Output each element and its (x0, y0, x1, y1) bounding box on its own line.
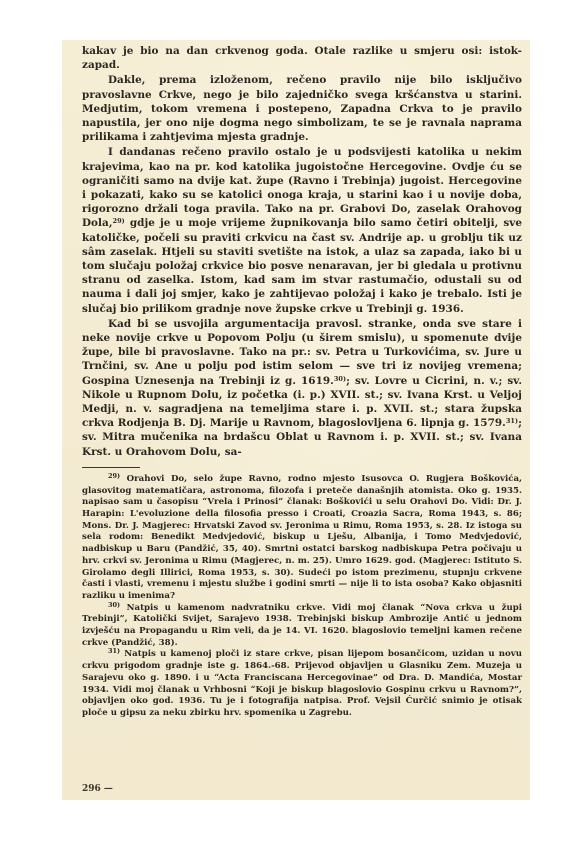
footnote: 30) Natpis u kamenom nadvratniku crkve. … (82, 603, 522, 650)
main-body: kakav je bio na dan crkvenog goda. Otale… (82, 44, 522, 459)
footnote-text: Natpis u kamenom nadvratniku crkve. Vidi… (82, 603, 522, 648)
footnote-ref: 31) (506, 417, 518, 425)
footnote-mark: 31) (108, 647, 120, 655)
footnote: 29) Orahovi Do, selo župe Ravno, rodno m… (82, 474, 522, 603)
footnote-ref: 29) (113, 217, 125, 225)
footnote-text: Natpis u kamenoj ploči iz stare crkve, p… (82, 649, 522, 718)
paragraph: Kad bi se usvojila argumentacija pravosl… (82, 317, 522, 459)
paragraph-text: gdje je u moje vrijeme župnikovanja bilo… (82, 217, 522, 314)
paragraph: kakav je bio na dan crkvenog goda. Otale… (82, 44, 522, 72)
footnotes: 29) Orahovi Do, selo župe Ravno, rodno m… (82, 474, 522, 720)
footnote: 31) Natpis u kamenoj ploči iz stare crkv… (82, 649, 522, 719)
footnote-mark: 29) (108, 472, 120, 480)
footnote-text: Orahovi Do, selo župe Ravno, rodno mjest… (82, 474, 522, 601)
paragraph: I dandanas rečeno pravilo ostalo je u po… (82, 145, 522, 315)
footnote-separator (82, 467, 140, 468)
page-number: 296 — (82, 784, 113, 794)
footnote-mark: 30) (108, 601, 120, 609)
footnote-ref: 30) (334, 375, 346, 383)
page-text: kakav je bio na dan crkvenog goda. Otale… (82, 44, 522, 720)
book-page: kakav je bio na dan crkvenog goda. Otale… (62, 40, 530, 800)
paragraph: Dakle, prema izloženom, rečeno pravilo n… (82, 73, 522, 144)
